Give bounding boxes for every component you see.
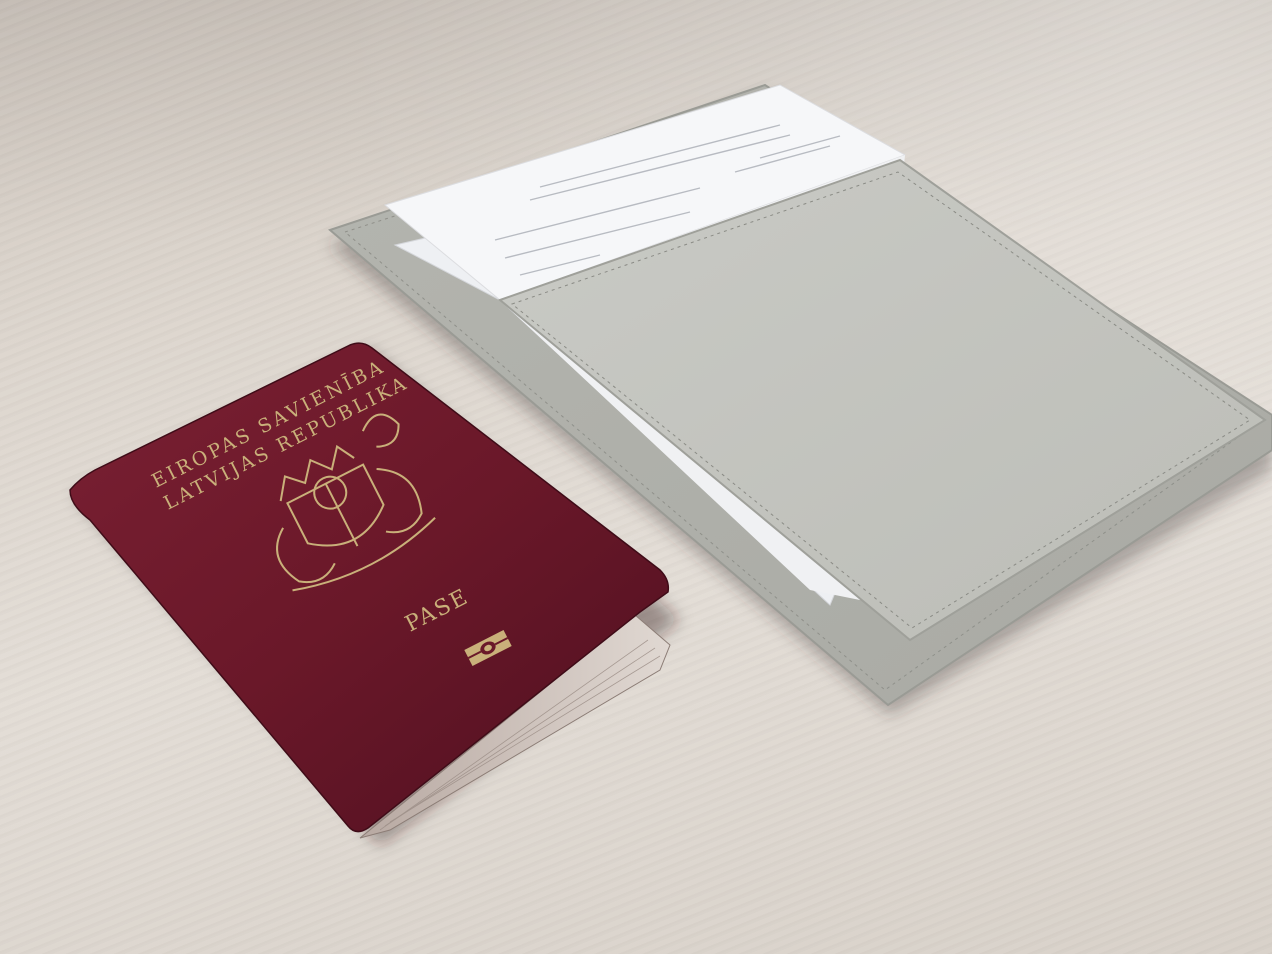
photo-scene: EIROPAS SAVIENĪBA LATVIJAS REPUBLIKA PAS…: [0, 0, 1272, 954]
scene-drawing: EIROPAS SAVIENĪBA LATVIJAS REPUBLIKA PAS…: [0, 0, 1272, 954]
